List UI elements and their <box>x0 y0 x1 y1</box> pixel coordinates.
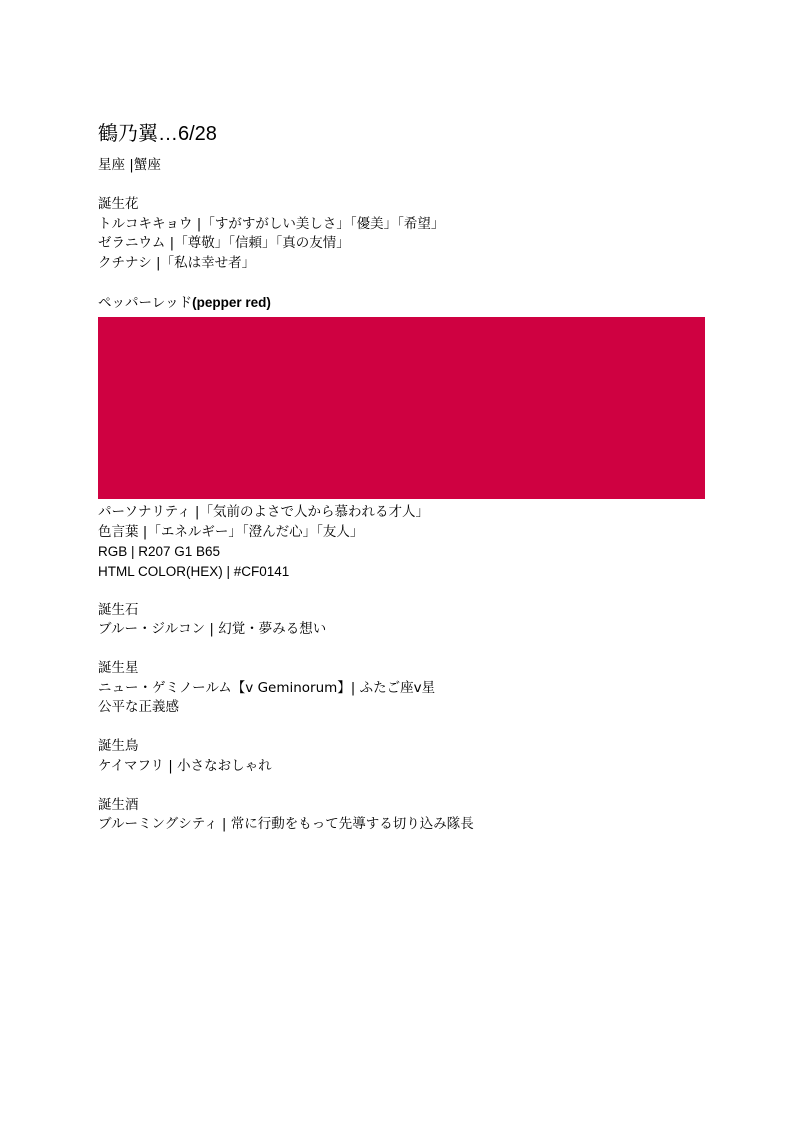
birth-star-heading: 誕生星 <box>98 659 708 679</box>
color-name-jp: ペッパーレッド <box>98 295 192 311</box>
color-name-en: (pepper red) <box>192 295 271 310</box>
page-title: 鶴乃翼…6/28 <box>98 120 708 148</box>
birth-sake-text: ブルーミングシティ | 常に行動をもって先導する切り込み隊長 <box>98 815 708 835</box>
birth-flower-item: ゼラニウム |「尊敬」「信頼」「真の友情」 <box>98 234 708 254</box>
spacer <box>98 581 708 601</box>
color-swatch <box>98 317 705 499</box>
spacer <box>98 776 708 796</box>
spacer <box>98 273 708 293</box>
birth-star-meaning: 公平な正義感 <box>98 698 708 718</box>
birth-star-text: ニュー・ゲミノールム【v Geminorum】| ふたご座v星 <box>98 679 708 699</box>
constellation-line: 星座 |蟹座 <box>98 156 708 176</box>
birth-sake-heading: 誕生酒 <box>98 796 708 816</box>
birth-bird-heading: 誕生鳥 <box>98 737 708 757</box>
spacer <box>98 176 708 196</box>
birth-flower-item: クチナシ |「私は幸せ者」 <box>98 254 708 274</box>
birth-stone-heading: 誕生石 <box>98 601 708 621</box>
rgb-line: RGB | R207 G1 B65 <box>98 542 708 562</box>
color-name-heading: ペッパーレッド(pepper red) <box>98 293 708 314</box>
birth-flower-heading: 誕生花 <box>98 195 708 215</box>
color-words-line: 色言葉 |「エネルギー」「澄んだ心」「友人」 <box>98 523 708 543</box>
spacer <box>98 718 708 738</box>
birth-stone-text: ブルー・ジルコン | 幻覚・夢みる想い <box>98 620 708 640</box>
hex-line: HTML COLOR(HEX) | #CF0141 <box>98 562 708 582</box>
spacer <box>98 640 708 660</box>
birth-flower-item: トルコキキョウ |「すがすがしい美しさ」「優美」「希望」 <box>98 215 708 235</box>
document-page: 鶴乃翼…6/28 星座 |蟹座 誕生花 トルコキキョウ |「すがすがしい美しさ」… <box>98 120 708 835</box>
birth-bird-text: ケイマフリ | 小さなおしゃれ <box>98 757 708 777</box>
personality-line: パーソナリティ |「気前のよさで人から慕われる才人」 <box>98 503 708 523</box>
